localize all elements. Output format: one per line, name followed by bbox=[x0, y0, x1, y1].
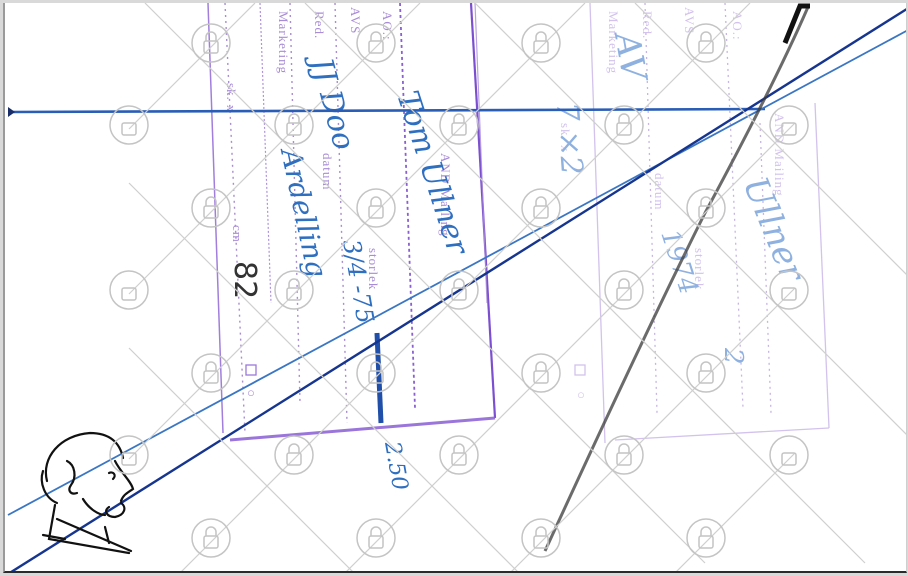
diagonal-ink-line-dark bbox=[8, 7, 907, 573]
ink-lines bbox=[8, 6, 907, 573]
lock-icon bbox=[357, 519, 395, 557]
lock-icon bbox=[522, 189, 560, 227]
handwriting-left: Tom Ullner JJ Doo 3/4 -75 Ardelling 2.50… bbox=[227, 48, 476, 492]
stamp-left-circle-mark: ○ bbox=[247, 385, 256, 400]
lock-icon bbox=[192, 189, 230, 227]
lock-icon bbox=[110, 436, 148, 474]
stamp-right-checkbox bbox=[575, 365, 585, 375]
lock-icon bbox=[687, 24, 725, 62]
handwritten-abbr: JJ Doo bbox=[302, 48, 362, 153]
lock-icon bbox=[192, 519, 230, 557]
handwritten-name: Tom Ullner bbox=[389, 87, 475, 261]
lock-icon bbox=[440, 436, 478, 474]
lock-icon bbox=[605, 106, 643, 144]
handwriting-right: 7 ×2 AV Ullner 1974 2 bbox=[549, 27, 813, 365]
stamp-right-label-datum: datum bbox=[652, 173, 667, 211]
scribble-strike bbox=[377, 333, 381, 423]
horizontal-ink-line bbox=[8, 109, 765, 112]
postcard-back: Marketing Red. AVS AO.: AND Mailing datu… bbox=[3, 3, 907, 573]
line-start-mark bbox=[8, 107, 15, 117]
lock-icon bbox=[275, 271, 313, 309]
lock-icon bbox=[110, 271, 148, 309]
lock-icon bbox=[687, 519, 725, 557]
lock-icon bbox=[522, 24, 560, 62]
lock-icon bbox=[605, 271, 643, 309]
handwritten-price: 2.50 bbox=[379, 439, 412, 493]
lock-icon bbox=[357, 189, 395, 227]
stamp-left-label-cm: cm bbox=[230, 225, 245, 243]
lock-icon bbox=[275, 436, 313, 474]
stamp-left-label-size: sk. x bbox=[224, 83, 239, 113]
lock-icon bbox=[522, 354, 560, 392]
handwritten-right-line1: 7 ×2 bbox=[549, 101, 589, 176]
lock-icon bbox=[192, 354, 230, 392]
handwritten-right-name: Ullner bbox=[735, 171, 813, 288]
stamp-left-label-marketing: Marketing bbox=[276, 11, 291, 74]
stamp-right-label-avs: AVS bbox=[682, 7, 697, 34]
lock-icon bbox=[605, 436, 643, 474]
stamp-left-checkbox bbox=[246, 365, 256, 375]
lock-icon bbox=[522, 519, 560, 557]
lock-icon bbox=[192, 24, 230, 62]
lock-icon bbox=[687, 354, 725, 392]
handwritten-right-line2: AV bbox=[606, 27, 655, 87]
handwritten-number: 82 bbox=[227, 261, 262, 299]
stamp-right-circle-mark: ○ bbox=[577, 387, 586, 402]
lock-icon bbox=[357, 24, 395, 62]
lock-icon bbox=[440, 106, 478, 144]
portrait-sketch-icon bbox=[42, 433, 133, 553]
postcard-artwork: Marketing Red. AVS AO.: AND Mailing datu… bbox=[5, 3, 907, 573]
lock-icon bbox=[770, 436, 808, 474]
stamp-left-label-avs: AVS bbox=[348, 7, 363, 34]
stamp-left-label-red: Red. bbox=[312, 11, 327, 39]
